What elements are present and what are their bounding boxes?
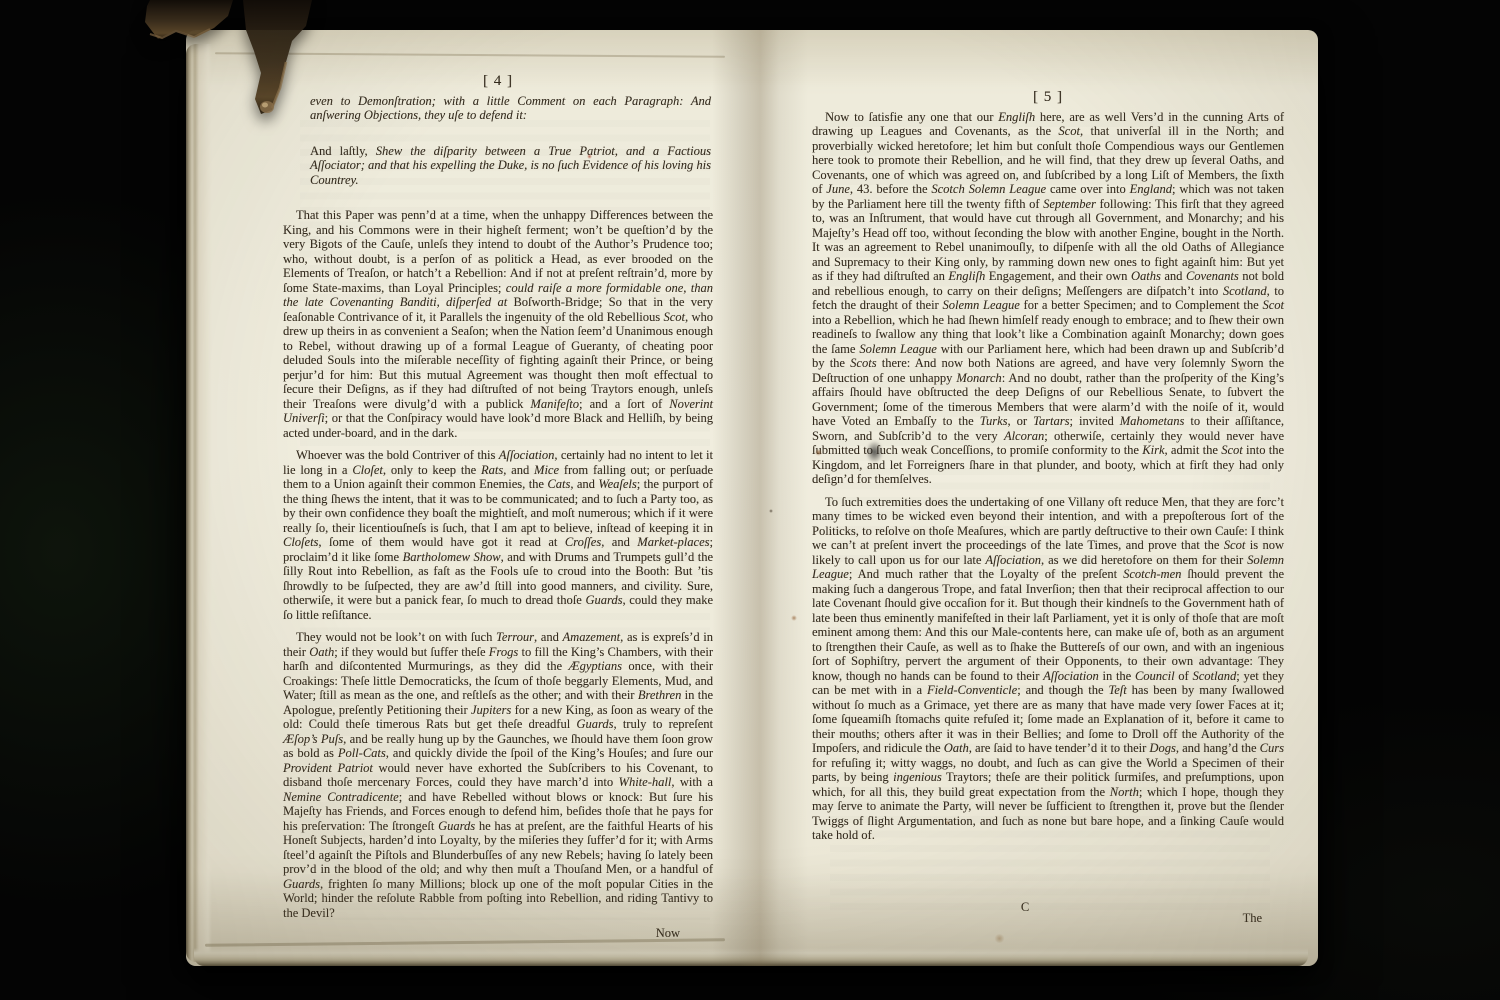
paragraph-they-would-not: They would not be look’t on with ſuch Te… <box>283 630 713 920</box>
catchword-now: Now <box>580 926 680 941</box>
paragraph-now-to-satisfie: Now to ſatisfie any one that our Engliſh… <box>812 110 1284 487</box>
page-number-4: [ 4 ] <box>283 74 713 89</box>
signature-mark: C <box>995 900 1055 915</box>
catchword-the: The <box>1200 911 1262 926</box>
paragraph-whoever-contriver: Whoever was the bold Contriver of this A… <box>283 448 713 622</box>
photograph-scene: [ 4 ] even to Demonſtration; with a litt… <box>0 0 1500 1000</box>
summary-clause-1: even to Demonſtration; with a little Com… <box>310 94 711 123</box>
summary-clause-lastly: And laſtly, Shew the diſparity between a… <box>310 144 711 188</box>
page-5: [ 5 ] Now to ſatisfie any one that our E… <box>812 90 1284 843</box>
metal-clips-icon <box>118 0 328 130</box>
page-number-5: [ 5 ] <box>812 90 1284 105</box>
paragraph-to-such-extremities: To ſuch extremities does the undertaking… <box>812 495 1284 843</box>
paragraph-that-this-paper: That this Paper was penn’d at a time, wh… <box>283 208 713 440</box>
page-4: [ 4 ] even to Demonſtration; with a litt… <box>283 74 713 920</box>
